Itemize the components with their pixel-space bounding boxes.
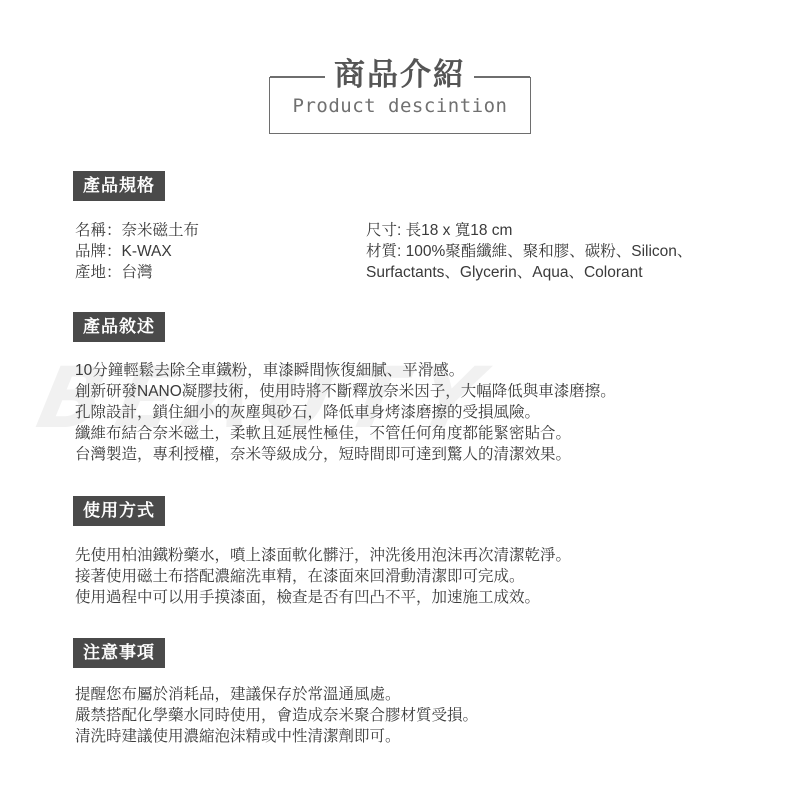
- description-line: 10分鐘輕鬆去除全車鐵粉，車漆瞬間恢復細膩、平滑感。: [75, 360, 616, 381]
- usage-line: 接著使用磁土布搭配濃縮洗車精，在漆面來回滑動清潔即可完成。: [75, 566, 571, 587]
- notes-line: 提醒您布屬於消耗品，建議保存於常溫通風處。: [75, 684, 478, 705]
- description-line: 纖維布結合奈米磁土，柔軟且延展性極佳，不管任何角度都能緊密貼合。: [75, 423, 616, 444]
- notes-line: 清洗時建議使用濃縮泡沫精或中性清潔劑即可。: [75, 726, 478, 747]
- notes-text: 提醒您布屬於消耗品，建議保存於常溫通風處。 嚴禁搭配化學藥水同時使用，會造成奈米…: [75, 684, 478, 747]
- description-line: 台灣製造，專利授權，奈米等級成分，短時間即可達到驚人的清潔效果。: [75, 444, 616, 465]
- spec-name: 名稱：奈米磁土布: [75, 220, 199, 241]
- section-label-spec: 產品規格: [73, 171, 165, 201]
- spec-material-cont: Surfactants、Glycerin、Aqua、Colorant: [366, 262, 692, 283]
- spec-size: 尺寸: 長18 x 寬18 cm: [366, 220, 692, 241]
- description-text: 10分鐘輕鬆去除全車鐵粉，車漆瞬間恢復細膩、平滑感。 創新研發NANO凝膠技術，…: [75, 360, 616, 465]
- usage-line: 先使用柏油鐵粉藥水，噴上漆面軟化髒汙，沖洗後用泡沫再次清潔乾淨。: [75, 545, 571, 566]
- spec-right: 尺寸: 長18 x 寬18 cm 材質: 100%聚酯纖維、聚和膠、碳粉、Sil…: [366, 220, 692, 283]
- section-label-usage: 使用方式: [73, 496, 165, 526]
- section-label-description: 產品敘述: [73, 312, 165, 342]
- usage-text: 先使用柏油鐵粉藥水，噴上漆面軟化髒汙，沖洗後用泡沫再次清潔乾淨。 接著使用磁土布…: [75, 545, 571, 608]
- page-subtitle: Product descintion: [270, 95, 530, 117]
- spec-left: 名稱：奈米磁土布 品牌：K-WAX 產地：台灣: [75, 220, 199, 283]
- spec-brand: 品牌：K-WAX: [75, 241, 199, 262]
- spec-material: 材質: 100%聚酯纖維、聚和膠、碳粉、Silicon、: [366, 241, 692, 262]
- spec-origin: 產地：台灣: [75, 262, 199, 283]
- page-title: 商品介紹: [270, 57, 530, 93]
- description-line: 創新研發NANO凝膠技術，使用時將不斷釋放奈米因子，大幅降低與車漆磨擦。: [75, 381, 616, 402]
- section-label-notes: 注意事項: [73, 638, 165, 668]
- description-line: 孔隙設計，鎖住細小的灰塵與砂石，降低車身烤漆磨擦的受損風險。: [75, 402, 616, 423]
- header-title-box: 商品介紹 Product descintion: [269, 77, 531, 134]
- usage-line: 使用過程中可以用手摸漆面，檢查是否有凹凸不平，加速施工成效。: [75, 587, 571, 608]
- notes-line: 嚴禁搭配化學藥水同時使用，會造成奈米聚合膠材質受損。: [75, 705, 478, 726]
